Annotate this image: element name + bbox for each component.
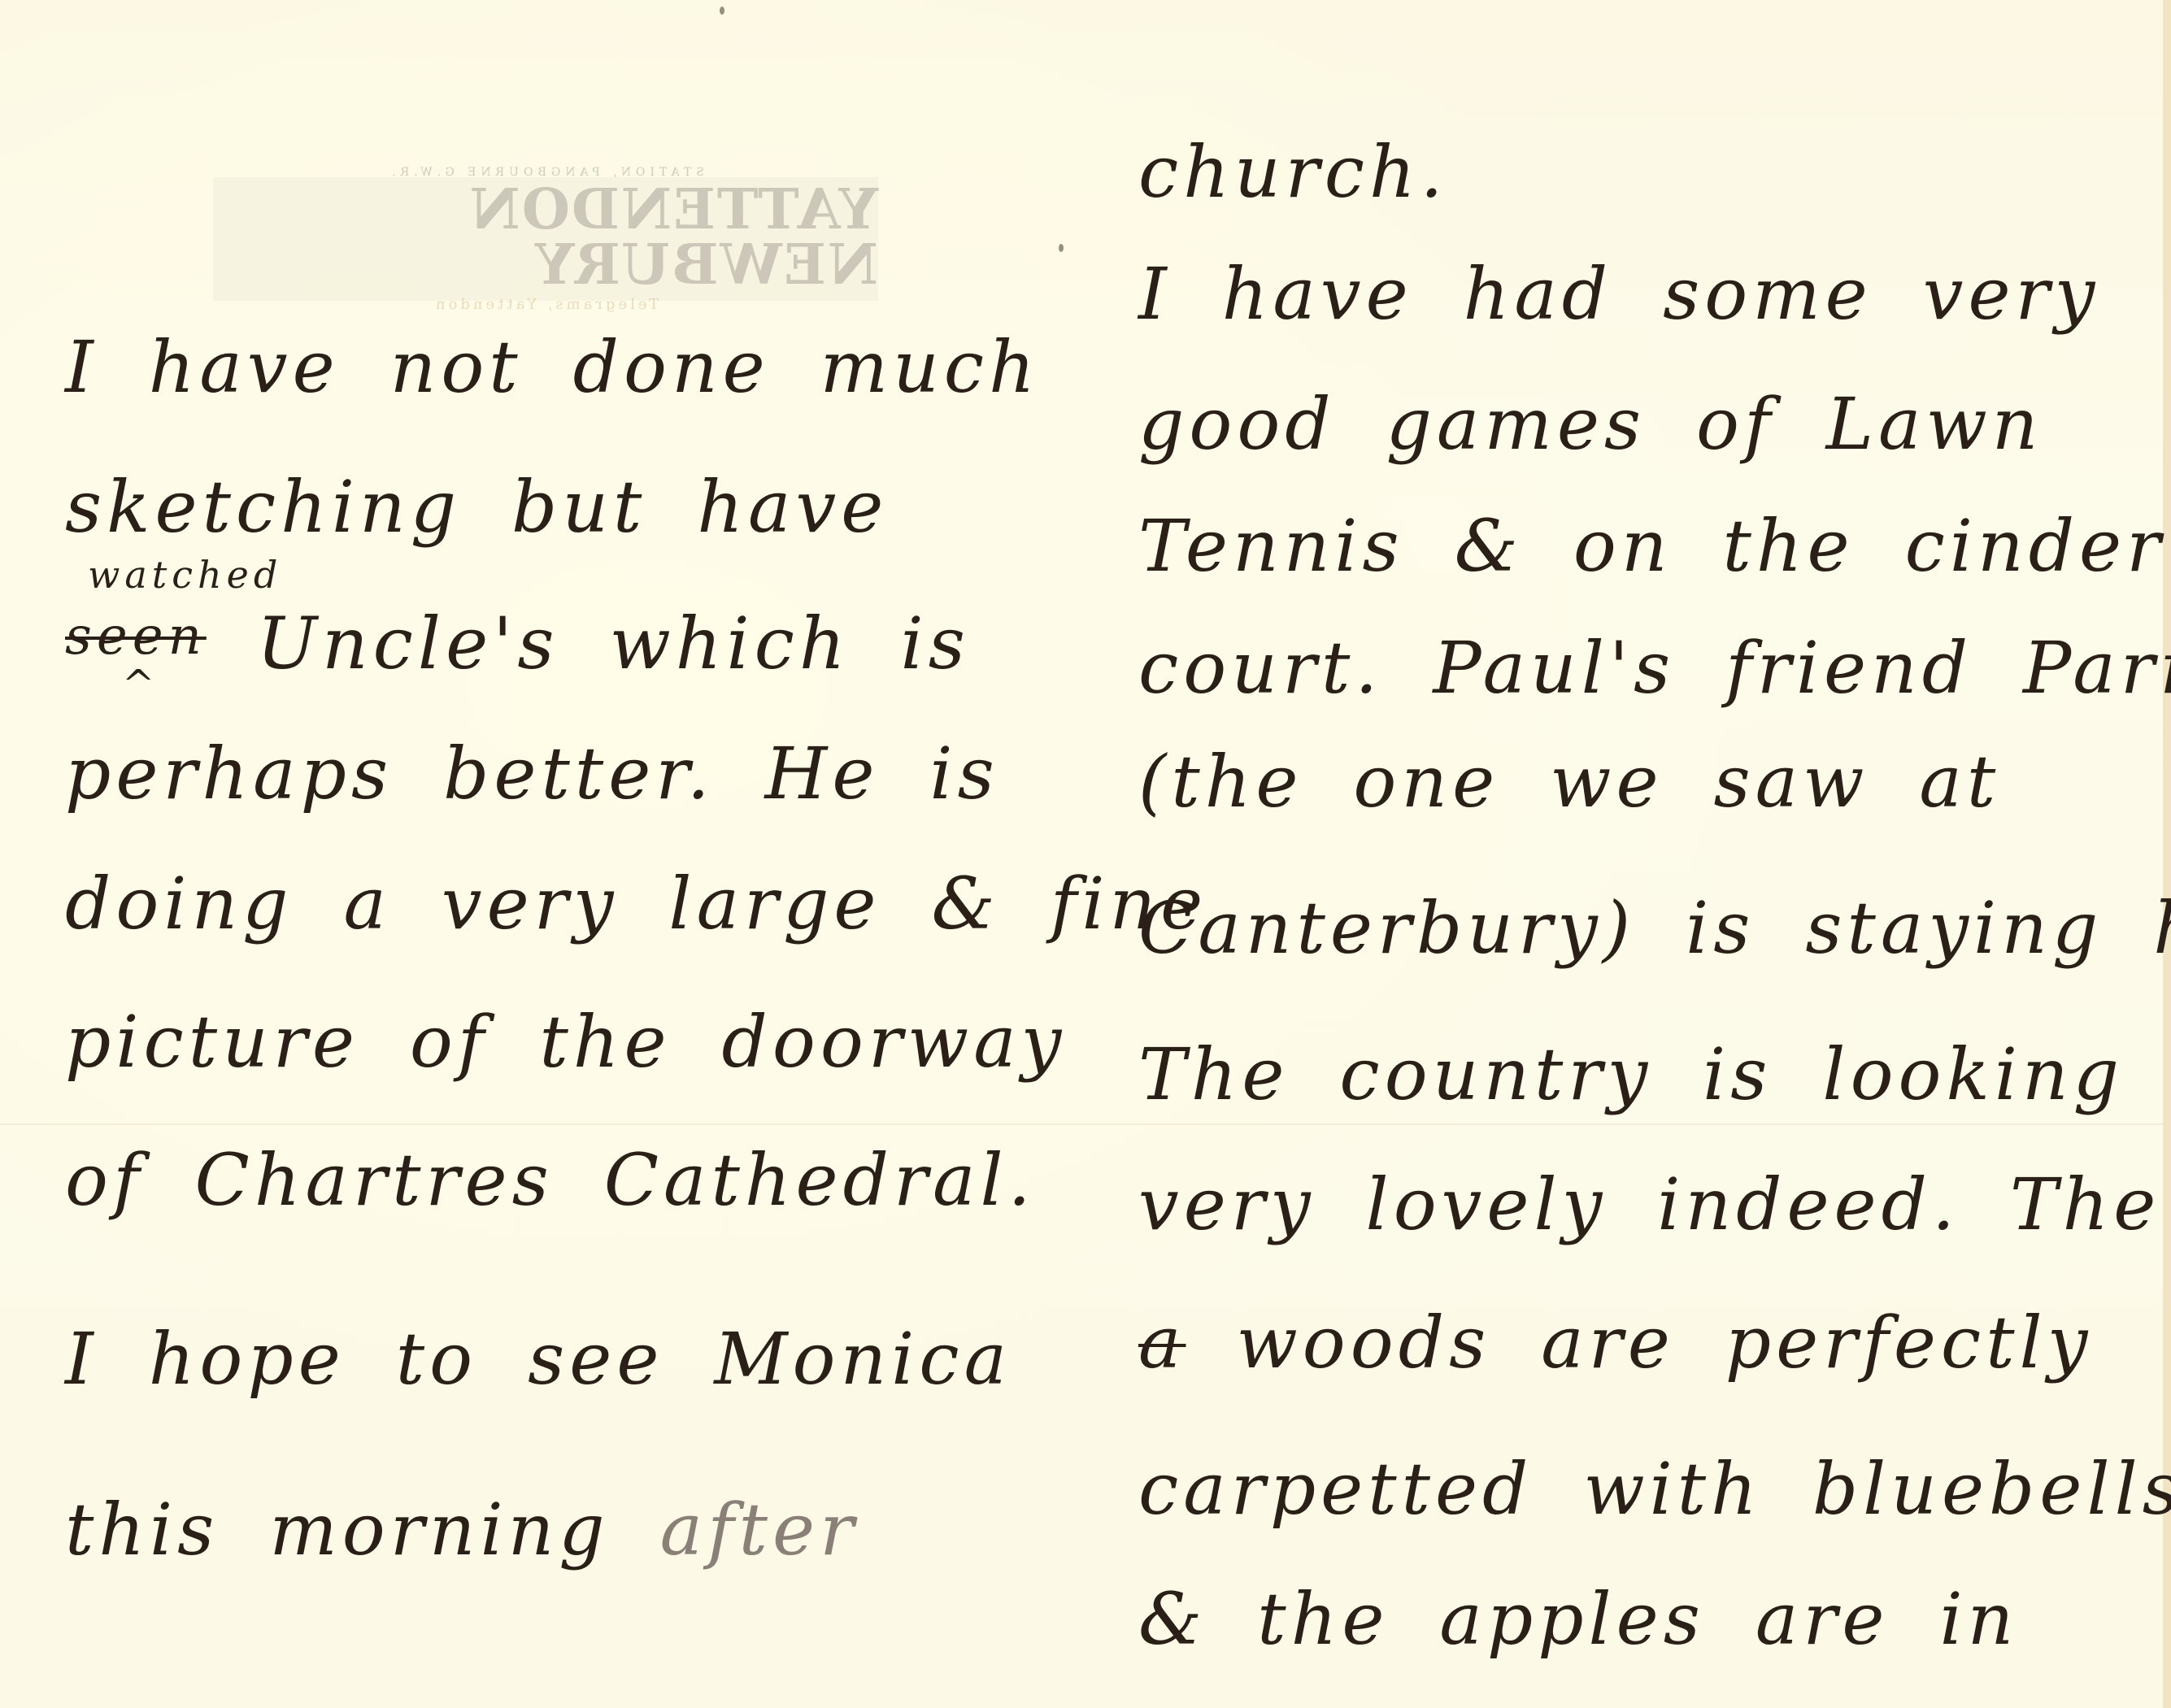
left-line-3: watched seen ^ Uncle's which is (65, 602, 970, 685)
right-line-1: church. (1138, 130, 1448, 214)
right-line-10-text: woods are perfectly (1236, 1301, 2092, 1384)
right-line-4: Tennis & on the cinder (1138, 504, 2165, 588)
letter-page: STATION, PANGBOURNE G.W.R. YATTENDON NEW… (0, 0, 2171, 1708)
right-line-3: good games of Lawn (1138, 382, 2043, 466)
inserted-word: watched (88, 553, 282, 597)
right-line-7: Canterbury) is staying here. (1138, 886, 2171, 970)
ink-speck (720, 7, 724, 15)
struck-word: seen (65, 606, 207, 667)
left-line-9-text: this morning (65, 1488, 610, 1571)
right-line-11: carpetted with bluebells (1138, 1447, 2171, 1531)
left-line-9: this morning after (65, 1488, 859, 1571)
right-line-6: (the one we saw at (1138, 740, 2000, 824)
letterhead-main-line: YATTENDON NEWBURY (213, 182, 878, 293)
left-line-3-text: Uncle's which is (257, 602, 970, 685)
left-line-5: doing a very large & fine (65, 862, 1207, 945)
left-line-2: sketching but have (65, 465, 888, 549)
left-line-4: perhaps better. He is (65, 732, 999, 815)
left-line-8: I hope to see Monica (65, 1317, 1012, 1401)
right-line-8: The country is looking (1138, 1032, 2124, 1116)
right-line-10: a woods are perfectly (1138, 1301, 2092, 1384)
right-line-10-struck: a (1138, 1301, 1186, 1384)
ink-speck (1059, 244, 1064, 252)
right-line-9: very lovely indeed. The (1138, 1163, 2160, 1246)
left-line-6: picture of the doorway (65, 1000, 1066, 1084)
embossed-letterhead-mirrored: STATION, PANGBOURNE G.W.R. YATTENDON NEW… (213, 177, 878, 301)
left-line-7: of Chartres Cathedral. (65, 1138, 1036, 1222)
right-line-2: I have had some very (1138, 252, 2099, 336)
paper-fold-line (0, 1123, 2163, 1125)
insertion-caret: ^ (122, 662, 159, 707)
letterhead-bottom-line: Telegrams, Yattendon (433, 296, 659, 313)
faded-word: after (660, 1488, 859, 1571)
right-line-5: court. Paul's friend Parry (1138, 626, 2171, 710)
left-line-1: I have not done much (65, 325, 1040, 409)
right-line-12: & the apples are in (1138, 1577, 2018, 1661)
correction-group: watched seen ^ (65, 602, 207, 685)
